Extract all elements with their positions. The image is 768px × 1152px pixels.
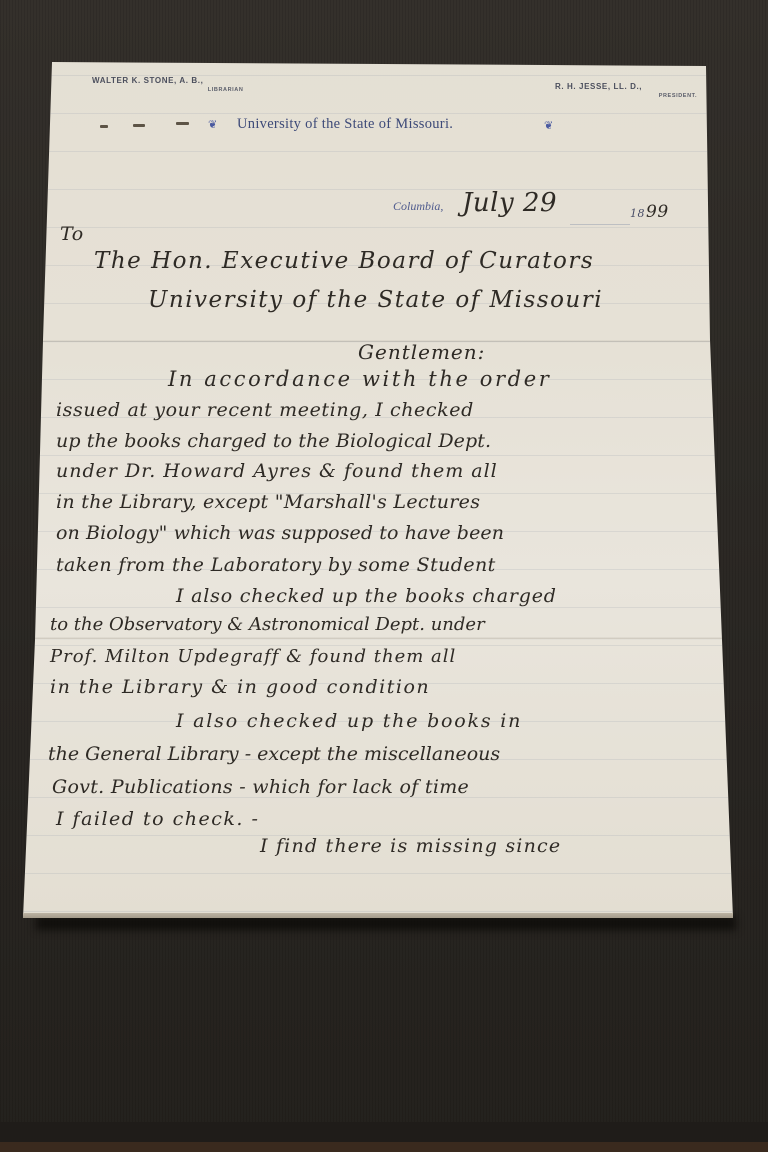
letterhead-president: R. H. JESSE, LL. D., PRESIDENT.: [555, 82, 642, 99]
display-shelf-shadow: [0, 1122, 768, 1142]
addressee-line-2: University of the State of Missouri: [148, 287, 603, 313]
librarian-title: LIBRARIAN: [92, 87, 243, 93]
fleuron-icon: ❦: [544, 119, 553, 132]
punch-mark: [133, 124, 145, 127]
date-year-prefix: 18: [630, 207, 645, 220]
letterhead-librarian: WALTER K. STONE, A. B., LIBRARIAN: [92, 76, 203, 93]
body-line: I failed to check. -: [56, 808, 259, 830]
body-line: I also checked up the books charged: [176, 585, 557, 607]
librarian-name: WALTER K. STONE, A. B.,: [92, 76, 203, 85]
body-line: I find there is missing since: [260, 835, 561, 857]
punch-mark: [176, 122, 189, 125]
body-line: the General Library - except the miscell…: [48, 743, 500, 765]
body-line: Prof. Milton Updegraff & found them all: [50, 646, 456, 667]
body-line: Govt. Publications - which for lack of t…: [52, 776, 469, 798]
addressee-line-1: The Hon. Executive Board of Curators: [94, 248, 594, 274]
date-year-suffix: 99: [646, 202, 669, 222]
paper-bottom-edge: [23, 913, 733, 918]
body-line: In accordance with the order: [168, 367, 551, 391]
body-line: up the books charged to the Biological D…: [56, 430, 491, 452]
body-line: to the Observatory & Astronomical Dept. …: [50, 614, 485, 635]
body-line: taken from the Laboratory by some Studen…: [56, 554, 496, 576]
body-line: on Biology" which was supposed to have b…: [56, 522, 504, 544]
letter-sheet: [0, 0, 768, 1152]
display-shelf-edge: [0, 1142, 768, 1152]
fleuron-icon: ❦: [208, 118, 217, 131]
president-name: R. H. JESSE, LL. D.,: [555, 82, 642, 91]
body-line: in the Library, except "Marshall's Lectu…: [56, 491, 480, 513]
date-month-day: July 29: [462, 188, 557, 218]
body-line: I also checked up the books in: [176, 710, 522, 732]
date-place-printed: Columbia,: [393, 199, 443, 214]
salutation-to: To: [60, 223, 84, 245]
greeting: Gentlemen:: [358, 340, 485, 364]
institution-name: University of the State of Missouri.: [237, 116, 453, 133]
body-line: in the Library & in good condition: [50, 676, 430, 698]
body-line: under Dr. Howard Ayres & found them all: [56, 460, 498, 482]
paper-fold-lower: [0, 637, 768, 640]
president-title: PRESIDENT.: [555, 93, 697, 99]
punch-mark: [100, 125, 108, 128]
letter-shadow: [36, 916, 736, 930]
date-rule: [570, 224, 630, 225]
body-line: issued at your recent meeting, I checked: [56, 399, 474, 421]
